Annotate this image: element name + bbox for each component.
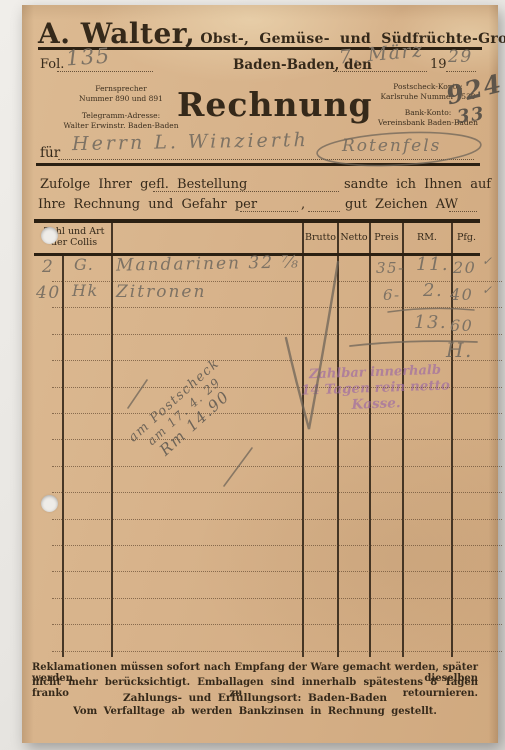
row2-price: 6- (383, 286, 401, 304)
order-line2-mid: gut Zeichen AW (345, 197, 458, 212)
invoice-paper: A. Walter, Obst-, Gemüse- und Südfrüchte… (22, 5, 498, 743)
scanned-invoice-photo: A. Walter, Obst-, Gemüse- und Südfrüchte… (0, 0, 505, 750)
hole-punch-bottom (41, 495, 58, 512)
company-name: A. Walter, (38, 17, 195, 50)
pencil-number-bottom: 33 (456, 103, 487, 128)
row1-checkmark: ✓ (482, 254, 494, 268)
note-line2: am 17. 4. 29 (116, 349, 252, 473)
phone-line1: Fernsprecher (60, 84, 182, 94)
document-title: Rechnung (177, 85, 327, 124)
column-header-pfg: Pfg. (452, 232, 481, 243)
fol-dotted-line (57, 70, 153, 72)
total-rm: 13. (414, 312, 447, 333)
order-line2-dots-c (449, 210, 477, 212)
date-dotted-line (333, 70, 427, 72)
column-header-preis: Preis (370, 232, 403, 243)
column-header-brutto: Brutto (303, 232, 338, 243)
table-row-ruling (52, 281, 502, 282)
table-row-ruling (52, 466, 502, 467)
order-line2-left: Ihre Rechnung und Gefahr per (38, 197, 257, 212)
table-top-rule (34, 219, 480, 223)
table-vline-unit (62, 255, 64, 657)
table-row-ruling (52, 307, 502, 308)
recipient-rule (36, 163, 480, 166)
table-row-ruling (52, 492, 502, 493)
table-row-ruling (52, 545, 502, 546)
table-row-ruling (52, 651, 502, 652)
column-header-rm: RM. (403, 232, 451, 243)
row2-checkmark: ✓ (482, 283, 494, 297)
table-row-ruling (52, 519, 502, 520)
phone-telegram-block: Fernsprecher Nummer 890 und 891 Telegram… (60, 84, 182, 131)
payment-terms-stamp: Zahlbar innerhalb 14 Tagen rein netto Ka… (282, 362, 469, 415)
row2-unit: Hk (72, 281, 99, 300)
row1-description: Mandarinen 32 ⅞ (116, 252, 300, 275)
order-line2-dots-b (308, 210, 340, 212)
total-pfg: 60 (450, 316, 473, 335)
recipient-place-handwritten: Rotenfels (342, 136, 441, 156)
recipient-name-handwritten: Herrn L. Winzierth (72, 129, 309, 155)
recipient-dotted-line (58, 158, 474, 160)
table-row-ruling (52, 624, 502, 625)
table-row-ruling (52, 598, 502, 599)
year-dotted-line (446, 70, 476, 72)
order-line2-comma: , (301, 197, 305, 212)
clerk-initial: H. (446, 338, 473, 362)
fol-value-handwritten: 135 (65, 43, 111, 70)
row2-pfg: 40 (450, 285, 473, 304)
table-row-ruling (52, 334, 502, 335)
order-line1-right: sandte ich Ihnen auf (344, 177, 491, 192)
row2-description: Zitronen (116, 282, 206, 302)
row1-price: 35- (376, 259, 405, 277)
footer-line4: Vom Verfalltage ab werden Bankzinsen in … (32, 706, 478, 717)
row1-qty: 2 (42, 257, 54, 277)
table-row-ruling (52, 571, 502, 572)
table-row-ruling (52, 439, 502, 440)
row1-rm: 11. (416, 254, 449, 275)
order-line2-dots-a (240, 210, 298, 212)
stamp-line2: 14 Tagen rein netto Kasse. (283, 377, 469, 415)
row1-unit: G. (74, 255, 94, 274)
telegram-line1: Telegramm-Adresse: (60, 111, 182, 121)
telegram-line2: Walter Erwinstr. Baden-Baden (60, 121, 182, 131)
row2-qty: 40 (36, 283, 61, 303)
column-header-netto: Netto (338, 232, 370, 243)
order-line1-dots (153, 190, 339, 192)
year-handwritten: 29 (448, 47, 473, 67)
table-row-ruling (52, 387, 502, 388)
table-row-ruling (52, 413, 502, 414)
year-print: 19 (430, 57, 447, 72)
row2-rm: 2. (423, 280, 443, 301)
footer-line3: Zahlungs- und Erfüllungsort: Baden-Baden (32, 692, 478, 704)
phone-line2: Nummer 890 und 891 (60, 94, 182, 104)
table-row-ruling (52, 360, 502, 361)
hole-punch-top (41, 227, 58, 244)
row1-pfg: 20 (453, 258, 476, 277)
